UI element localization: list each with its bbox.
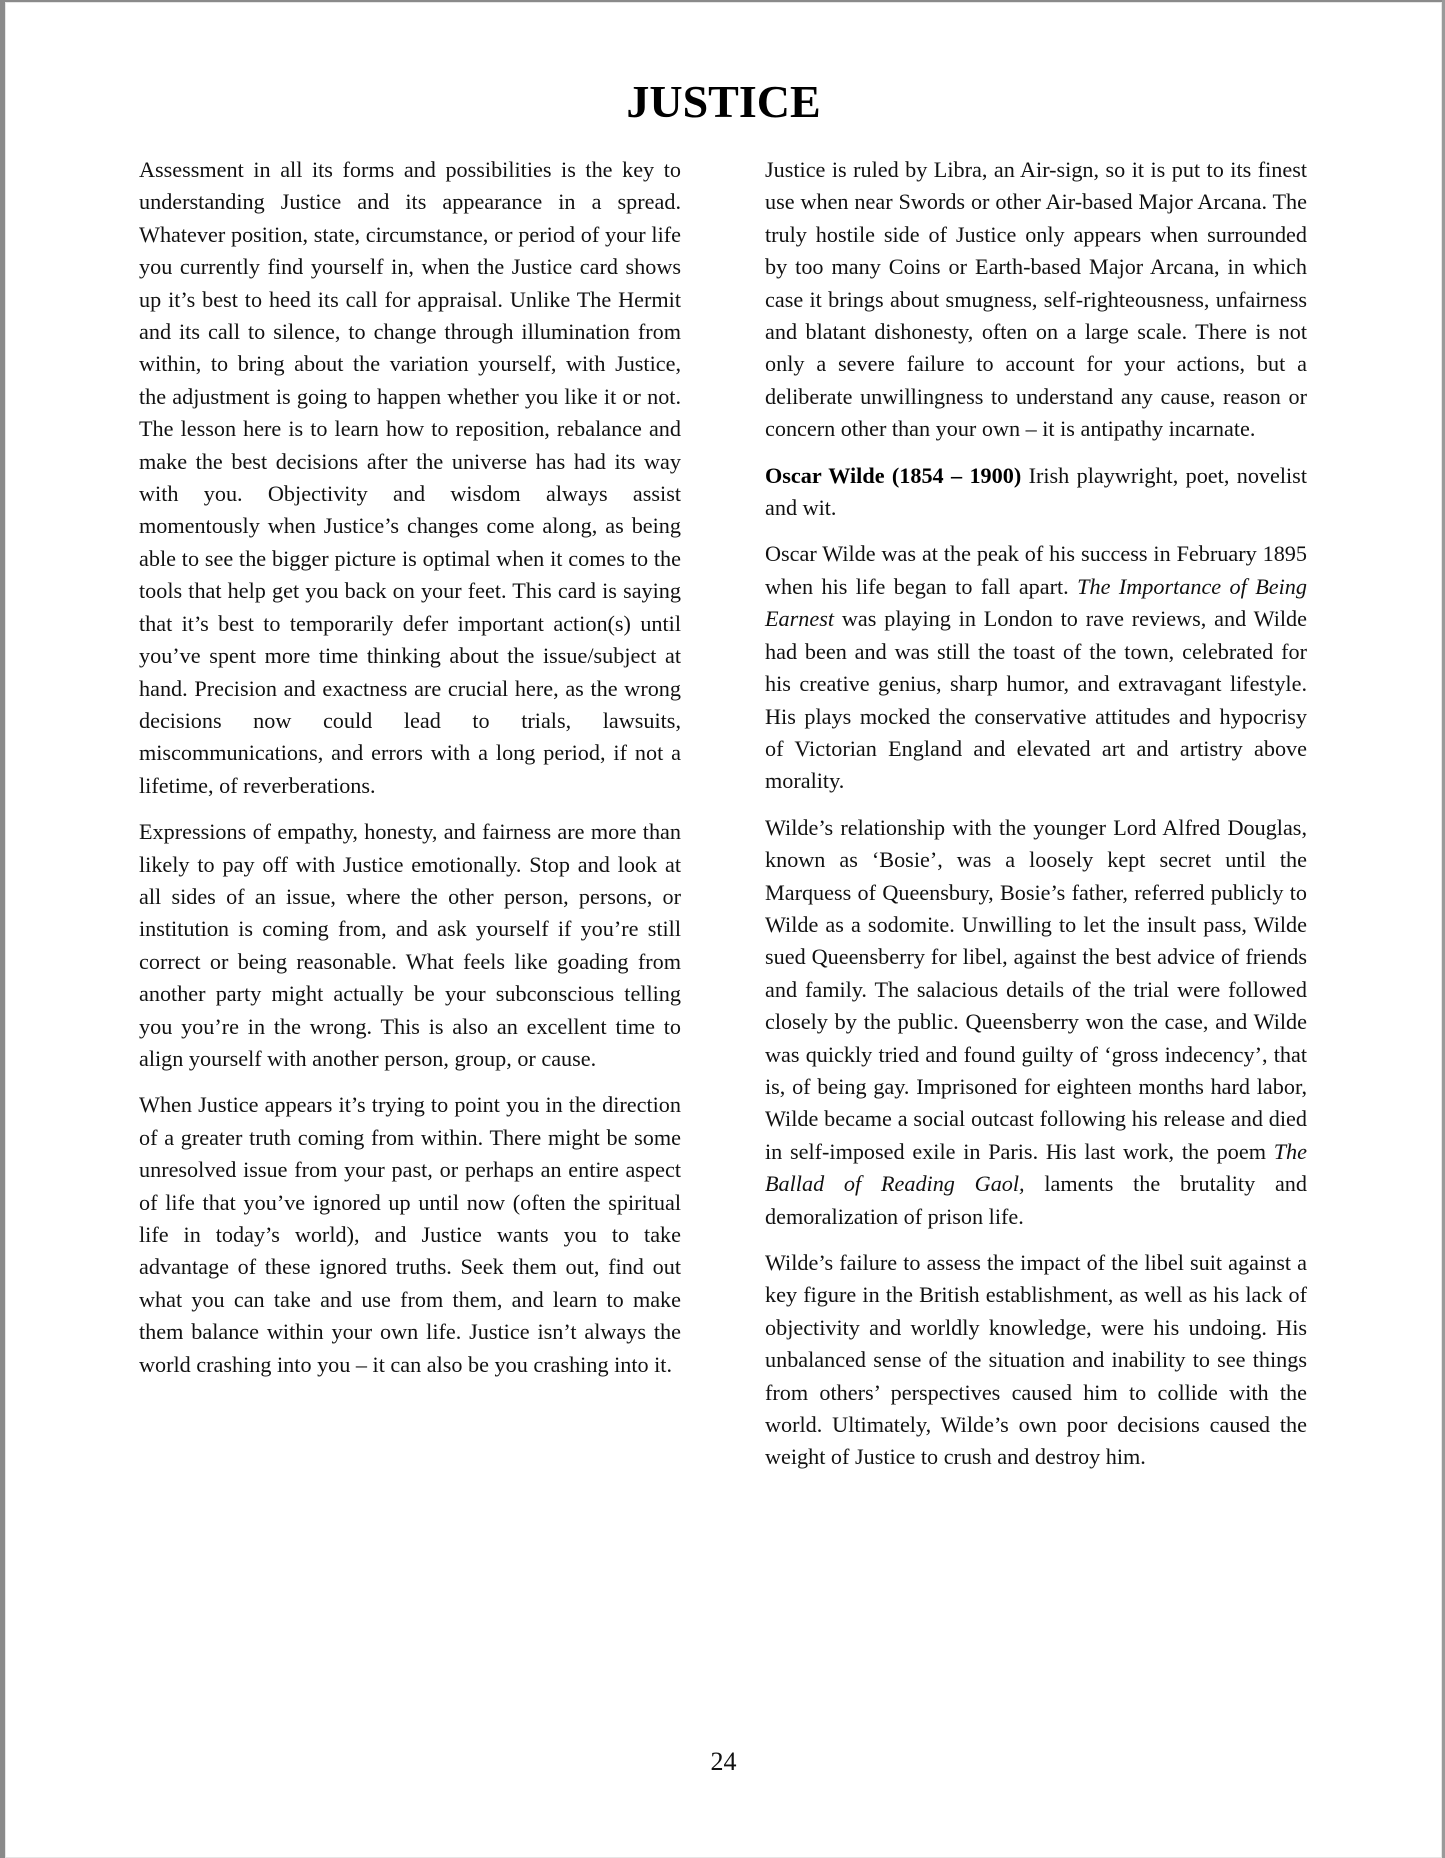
paragraph-peak-success: Oscar Wilde was at the peak of his succe… — [765, 538, 1307, 797]
page-number: 24 — [5, 1747, 1442, 1777]
page-title: JUSTICE — [5, 72, 1442, 132]
paragraph-greater-truth: When Justice appears it’s trying to poin… — [139, 1089, 681, 1381]
paragraph-relationship: Wilde’s relationship with the younger Lo… — [765, 812, 1307, 1233]
paragraph-bio-heading: Oscar Wilde (1854 – 1900) Irish playwrig… — [765, 460, 1307, 525]
paragraph-failure: Wilde’s failure to assess the impact of … — [765, 1247, 1307, 1474]
paragraph-assessment: Assessment in all its forms and possibil… — [139, 154, 681, 802]
paragraph-expressions: Expressions of empathy, honesty, and fai… — [139, 816, 681, 1075]
bio-name: Oscar Wilde (1854 – 1900) — [765, 463, 1021, 488]
paragraph-libra: Justice is ruled by Libra, an Air-sign, … — [765, 154, 1307, 446]
document-page: JUSTICE Assessment in all its forms and … — [5, 2, 1442, 1858]
right-column: Justice is ruled by Libra, an Air-sign, … — [765, 154, 1307, 1488]
text-span: was playing in London to rave reviews, a… — [765, 606, 1307, 793]
left-column: Assessment in all its forms and possibil… — [139, 154, 681, 1395]
text-span: Wilde’s relationship with the younger Lo… — [765, 815, 1307, 1164]
